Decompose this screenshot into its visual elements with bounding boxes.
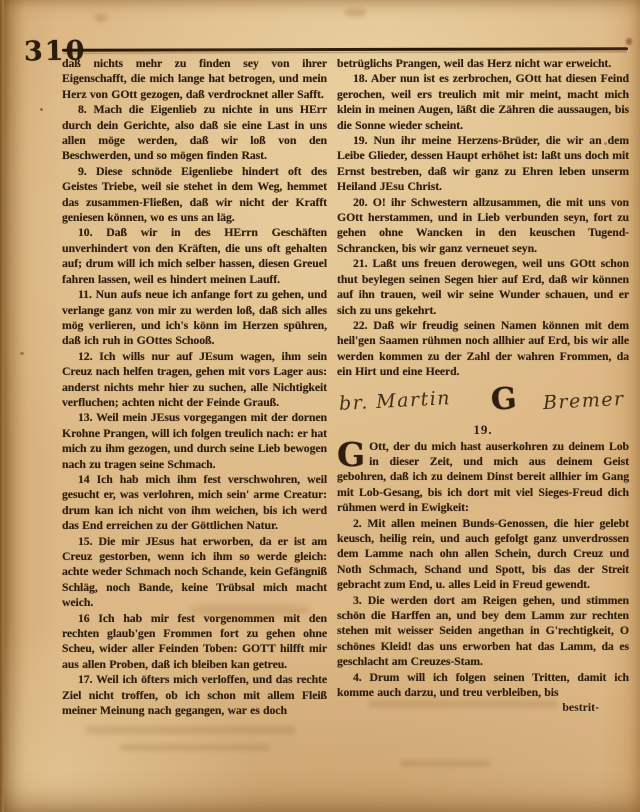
ink-speck — [40, 108, 43, 111]
verse-paragraph: 13. Weil mein JEsus vorgegangen mit der … — [62, 410, 327, 472]
verse-paragraph: 18. Aber nun ist es zerbrochen, GOtt hat… — [337, 71, 629, 133]
drop-cap-initial: G — [337, 441, 365, 469]
verse-paragraph: daß nichts mehr zu finden sey von ihrer … — [62, 56, 327, 102]
verse-paragraph: 10. Daß wir in des HErrn Geschäften unve… — [62, 225, 327, 287]
scanned-book-page: 310 daß nichts mehr zu finden sey von ih… — [0, 0, 640, 812]
verse-paragraph: 16 Ich hab mir fest vorgenommen mit den … — [62, 611, 327, 673]
verse-paragraph: 9. Diese schnöde Eigenliebe hindert oft … — [62, 164, 327, 226]
bleed-through-text-ghost — [86, 726, 296, 734]
hymn-number-heading: 19. — [337, 422, 629, 438]
ornamental-initial-g: G — [490, 384, 518, 416]
hymn-first-verse: GOtt, der du mich hast auserkohren zu de… — [337, 439, 629, 516]
verse-paragraph: 22. Daß wir freudig seinen Namen können … — [337, 318, 629, 380]
verse-paragraph: 15. Die mir JEsus hat erworben, da er is… — [62, 534, 327, 611]
verse-paragraph: 20. O! ihr Schwestern allzusammen, die m… — [337, 195, 629, 257]
verse-paragraph: 3. Die werden dort am Reigen gehen, und … — [337, 593, 629, 670]
bleed-through-text-ghost — [120, 744, 270, 751]
handwritten-inscription: br. Martin G Bremer — [339, 384, 629, 420]
verse-text: Ott, der du mich hast auserkohren zu dei… — [337, 439, 629, 515]
verse-paragraph: 8. Mach die Eigenlieb zu nichte in uns H… — [62, 102, 327, 164]
right-column: betrüglichs Prangen, weil das Herz nicht… — [337, 56, 629, 718]
verse-paragraph: 14 Ich hab mich ihm fest verschwohren, w… — [62, 472, 327, 534]
verse-paragraph: 4. Drum will ich folgen seinen Tritten, … — [337, 670, 629, 701]
foxing-stain — [344, 8, 366, 17]
handwriting-name-left: br. Martin — [339, 389, 452, 414]
verse-paragraph: 11. Nun aufs neue ich anfange fort zu ge… — [62, 287, 327, 349]
red-edge-stain — [626, 38, 632, 45]
header-rule — [62, 47, 628, 51]
left-column: daß nichts mehr zu finden sey von ihrer … — [62, 56, 327, 718]
ink-speck — [20, 352, 24, 355]
verse-paragraph: 21. Laßt uns freuen derowegen, weil uns … — [337, 256, 629, 318]
verse-paragraph: 12. Ich wills nur auf JEsum wagen, ihm s… — [62, 349, 327, 411]
verse-paragraph: betrüglichs Prangen, weil das Herz nicht… — [337, 56, 629, 71]
verse-paragraph: 19. Nun ihr meine Herzens-Brüder, die wi… — [337, 133, 629, 195]
verse-paragraph: 2. Mit allen meinen Bunds-Genossen, die … — [337, 516, 629, 593]
text-columns: daß nichts mehr zu finden sey von ihrer … — [62, 56, 629, 718]
bleed-through-text-ghost — [400, 760, 490, 767]
handwriting-name-right: Bremer — [542, 390, 625, 413]
foxing-stain — [95, 14, 107, 22]
catchword: bestrit- — [337, 700, 629, 715]
verse-paragraph: 17. Weil ich öfters mich verloffen, und … — [62, 672, 327, 718]
